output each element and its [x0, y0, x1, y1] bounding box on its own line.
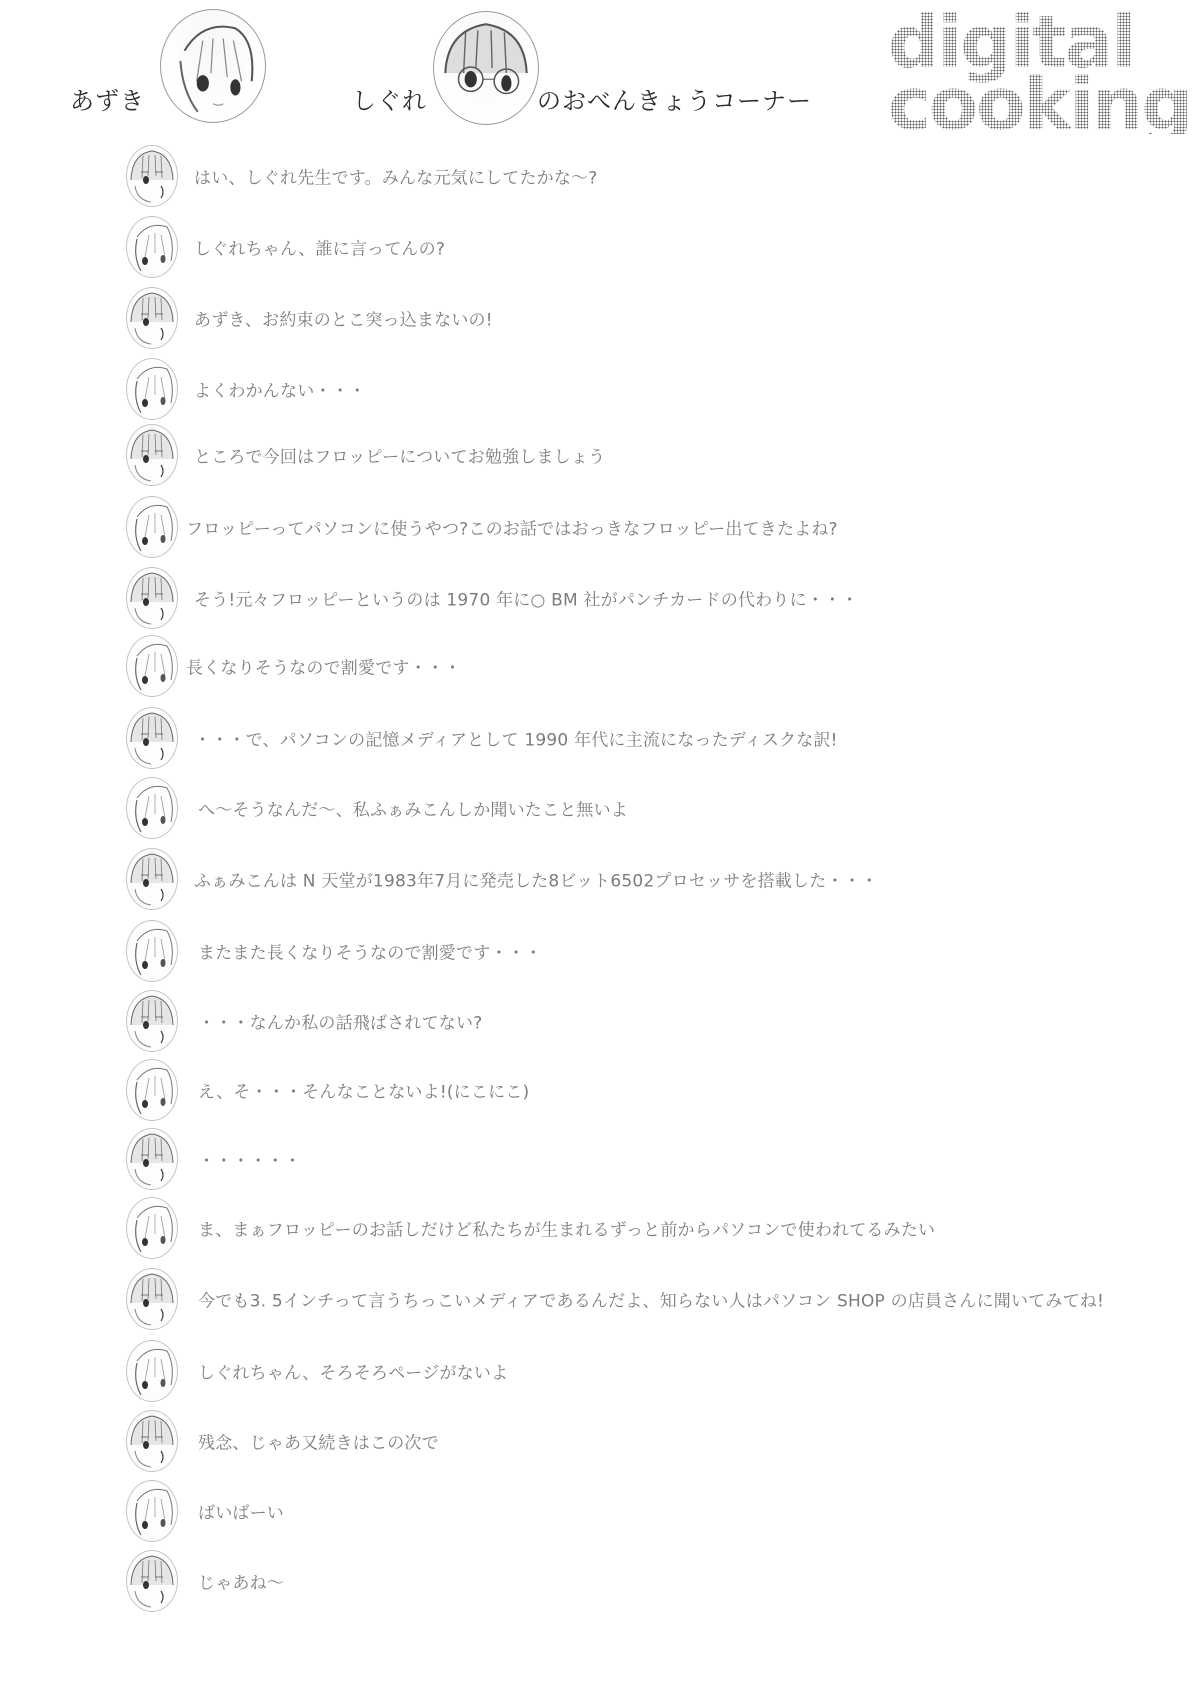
- dialogue-line: フロッピーってパソコンに使うやつ?このお話ではおっきなフロッピー出てきたよね?: [126, 494, 178, 560]
- dialogue-line: またまた長くなりそうなので割愛です・・・: [126, 918, 178, 984]
- digital-cooking-logo: digital cooking: [888, 12, 1198, 134]
- shigure-avatar-icon: [126, 145, 178, 207]
- dialogue-text: しぐれちゃん、誰に言ってんの?: [194, 235, 445, 260]
- dialogue-text: え、そ・・・そんなことないよ!(にこにこ): [198, 1078, 529, 1103]
- dialogue-line: 今でも3. 5インチって言うちっこいメディアであるんだよ、知らない人はパソコン …: [126, 1266, 178, 1332]
- azuki-avatar-icon: [126, 216, 178, 278]
- dialogue-text: 長くなりそうなので割愛です・・・: [186, 654, 461, 679]
- dialogue-line: ところで今回はフロッピーについてお勉強しましょう: [126, 422, 178, 488]
- dialogue-line: はい、しぐれ先生です。みんな元気にしてたかな～?: [126, 143, 178, 209]
- azuki-avatar-icon: [126, 777, 178, 839]
- dialogue-text: へ～そうなんだ～、私ふぁみこんしか聞いたこと無いよ: [198, 796, 628, 821]
- shigure-avatar-icon: [126, 990, 178, 1052]
- dialogue-line: 長くなりそうなので割愛です・・・: [126, 633, 178, 699]
- shigure-avatar-icon: [126, 287, 178, 349]
- dialogue-text: ま、まぁフロッピーのお話しだけど私たちが生まれるずっと前からパソコンで使われてる…: [198, 1216, 935, 1241]
- dialogue-text: またまた長くなりそうなので割愛です・・・: [198, 939, 542, 964]
- dialogue-line: ・・・・・・: [126, 1126, 178, 1192]
- dialogue-line: しぐれちゃん、誰に言ってんの?: [126, 214, 178, 280]
- dialogue-text: そう!元々フロッピーというのは 1970 年に○ BM 社がパンチカードの代わり…: [194, 586, 858, 611]
- dialogue-text: あずき、お約束のとこ突っ込まないの!: [194, 306, 493, 331]
- dialogue-text: ・・・で、パソコンの記憶メディアとして 1990 年代に主流になったディスクな訳…: [194, 726, 838, 751]
- logo-line-cooking: cooking: [888, 74, 1198, 134]
- dialogue-line: ま、まぁフロッピーのお話しだけど私たちが生まれるずっと前からパソコンで使われてる…: [126, 1195, 178, 1261]
- dialogue-text: 残念、じゃあ又続きはこの次で: [198, 1429, 439, 1454]
- shigure-face-icon: [433, 11, 539, 125]
- dialogue-text: ところで今回はフロッピーについてお勉強しましょう: [194, 443, 605, 468]
- dialogue-text: ふぁみこんは N 天堂が1983年7月に発売した8ビット6502プロセッサを搭載…: [194, 867, 878, 892]
- azuki-avatar-icon: [126, 1197, 178, 1259]
- dialogue-text: ・・・・・・: [198, 1147, 301, 1172]
- shigure-avatar-icon: [126, 707, 178, 769]
- dialogue-line: しぐれちゃん、そろそろページがないよ: [126, 1338, 178, 1404]
- dialogue-line: ・・・なんか私の話飛ばされてない?: [126, 988, 178, 1054]
- dialogue-text: しぐれちゃん、そろそろページがないよ: [198, 1359, 508, 1384]
- azuki-avatar-icon: [126, 635, 178, 697]
- azuki-avatar-icon: [126, 1480, 178, 1542]
- title-shigure: しぐれ: [352, 81, 427, 116]
- azuki-avatar-icon: [126, 1340, 178, 1402]
- shigure-avatar-icon: [126, 424, 178, 486]
- azuki-face-icon: [160, 9, 266, 123]
- dialogue-line: え、そ・・・そんなことないよ!(にこにこ): [126, 1057, 178, 1123]
- azuki-avatar-icon: [126, 496, 178, 558]
- azuki-avatar-icon: [126, 920, 178, 982]
- dialogue-line: へ～そうなんだ～、私ふぁみこんしか聞いたこと無いよ: [126, 775, 178, 841]
- dialogue-text: ばいばーい: [198, 1499, 284, 1524]
- dialogue-line: ばいばーい: [126, 1478, 178, 1544]
- dialogue-text: フロッピーってパソコンに使うやつ?このお話ではおっきなフロッピー出てきたよね?: [186, 515, 838, 540]
- page-header: あずき しぐれ のおべんきょうコーナー digital cooking: [0, 0, 1200, 150]
- title-corner: のおべんきょうコーナー: [537, 81, 812, 116]
- dialogue-line: あずき、お約束のとこ突っ込まないの!: [126, 285, 178, 351]
- dialogue-line: ・・・で、パソコンの記憶メディアとして 1990 年代に主流になったディスクな訳…: [126, 705, 178, 771]
- dialogue-text: よくわかんない・・・: [194, 377, 366, 402]
- dialogue-text: はい、しぐれ先生です。みんな元気にしてたかな～?: [194, 164, 597, 189]
- shigure-avatar-icon: [126, 1410, 178, 1472]
- dialogue-text: 今でも3. 5インチって言うちっこいメディアであるんだよ、知らない人はパソコン …: [198, 1287, 1104, 1312]
- azuki-avatar-icon: [126, 1059, 178, 1121]
- dialogue-line: よくわかんない・・・: [126, 356, 178, 422]
- shigure-avatar-icon: [126, 567, 178, 629]
- shigure-avatar-icon: [126, 1268, 178, 1330]
- dialogue-line: じゃあね～: [126, 1548, 178, 1614]
- dialogue-text: ・・・なんか私の話飛ばされてない?: [198, 1009, 482, 1034]
- dialogue-line: 残念、じゃあ又続きはこの次で: [126, 1408, 178, 1474]
- dialogue-line: そう!元々フロッピーというのは 1970 年に○ BM 社がパンチカードの代わり…: [126, 565, 178, 631]
- title-azuki: あずき: [70, 81, 145, 116]
- shigure-avatar-icon: [126, 1128, 178, 1190]
- dialogue-line: ふぁみこんは N 天堂が1983年7月に発売した8ビット6502プロセッサを搭載…: [126, 846, 178, 912]
- azuki-avatar-icon: [126, 358, 178, 420]
- dialogue-text: じゃあね～: [198, 1569, 284, 1594]
- shigure-avatar-icon: [126, 1550, 178, 1612]
- shigure-avatar-icon: [126, 848, 178, 910]
